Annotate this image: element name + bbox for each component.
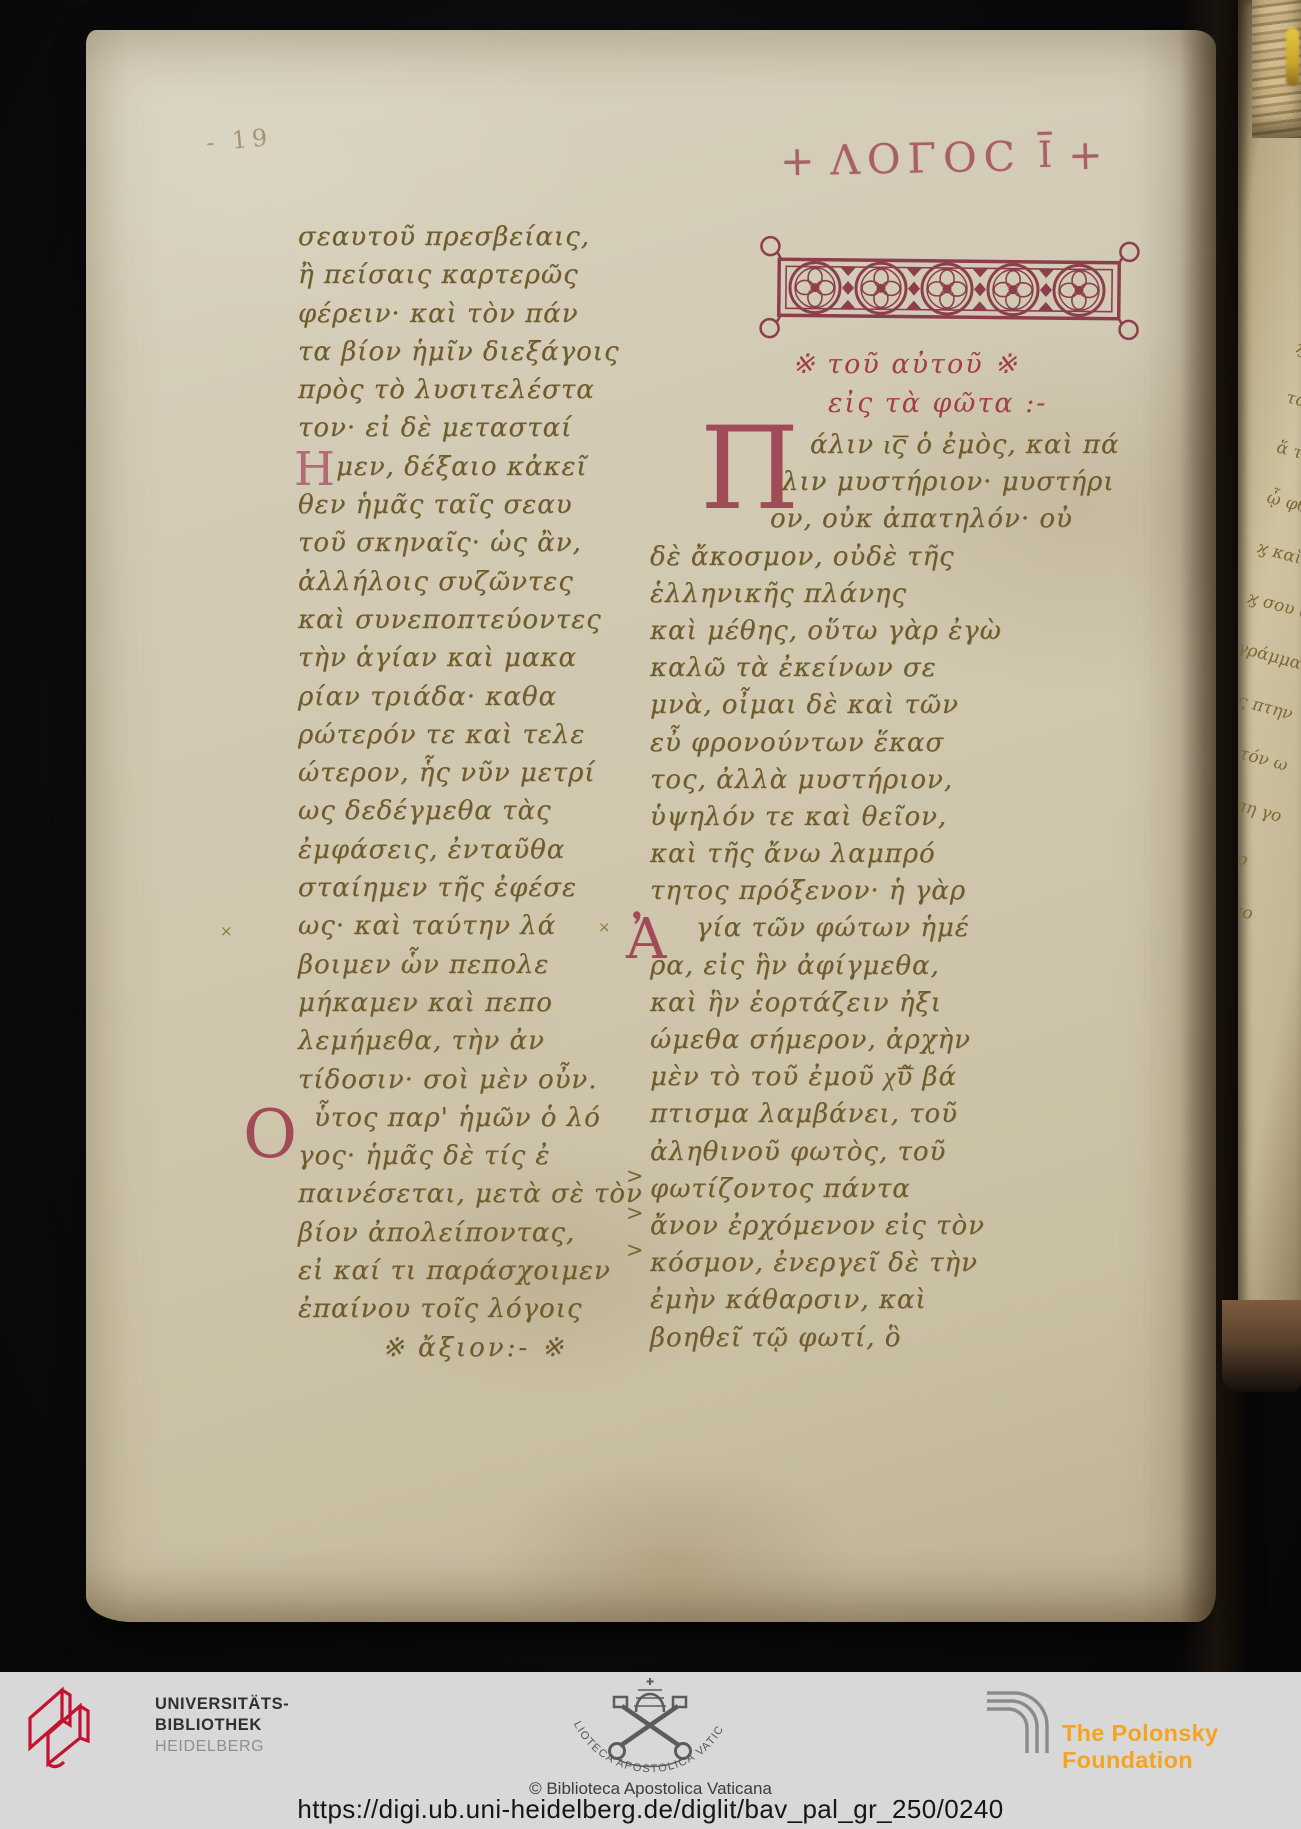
- margin-cross-mark: ×: [598, 918, 611, 936]
- manuscript-text-line: καλῶ τὰ ἐκείνων σε: [650, 653, 1090, 690]
- initial-omicron: Ο: [243, 1102, 297, 1168]
- manuscript-text-line: καὶ συνεποπτεύοντες: [298, 605, 638, 643]
- left-text-column: σεαυτοῦ πρεσβείαις,ἢ πείσαις καρτερῶςφέρ…: [298, 222, 638, 1371]
- manuscript-text-line: μὲν τὸ τοῦ ἐμοῦ χ͞ῦ βά: [650, 1062, 1090, 1099]
- manuscript-text-line: παινέσεται, μετὰ σὲ τὸν: [298, 1179, 638, 1217]
- manuscript-text-line: ώμεθα σήμερον, ἀρχὴν: [650, 1025, 1090, 1062]
- polonsky-foundation-label: The Polonsky Foundation: [1062, 1720, 1301, 1774]
- diple-mark: >: [626, 1238, 644, 1275]
- manuscript-text-line: άλιν ι͞ς ὁ ἐμὸς, καὶ πά: [650, 430, 1090, 467]
- ub-line2: BIBLIOTHEK: [155, 1715, 289, 1736]
- manuscript-text-line: ως· καὶ ταύτην λά: [298, 911, 638, 949]
- ub-heidelberg-books-icon: [20, 1686, 140, 1772]
- manuscript-text-line: μεν, δέξαιο κἀκεῖ: [298, 452, 638, 490]
- heading-numeral: Ι: [1037, 132, 1052, 176]
- manuscript-text-line: ※ ἄξιον:- ※: [298, 1333, 638, 1371]
- digitized-manuscript-photo: - 19 + ΛΟΓΟϹ Ι +: [0, 0, 1301, 1829]
- polonsky-arcs-icon: [985, 1687, 1059, 1755]
- manuscript-text-line: πτισμα λαμβάνει, τοῦ: [650, 1099, 1090, 1136]
- ub-line1: UNIVERSITÄTS-: [155, 1694, 289, 1715]
- manuscript-text-line: ὑψηλόν τε καὶ θεῖον,: [650, 802, 1090, 839]
- gutter-shadow: [1180, 0, 1246, 1672]
- manuscript-text-line: ἐμὴν κάθαρσιν, καὶ: [650, 1285, 1090, 1322]
- manuscript-text-line: τον· εἰ δὲ μετασταί: [298, 413, 638, 451]
- manuscript-text-line: ἀλλήλοις συζῶντες: [298, 567, 638, 605]
- manuscript-text-line: βοηθεῖ τῷ φωτί, ὃ: [650, 1323, 1090, 1360]
- next-folio-text: πτω σἦσανπαρρησι ατ. ϗωπ ασ ϗϗ ζήτω καὶτ…: [1238, 72, 1301, 1217]
- folio-corner-mark: - 19: [205, 123, 273, 157]
- manuscript-text-line: δὲ ἄκοσμον, οὐδὲ τῆς: [650, 542, 1090, 579]
- manuscript-text-line: τος, ἀλλὰ μυστήριον,: [650, 765, 1090, 802]
- manuscript-text-line: ἀληθινοῦ φωτὸς, τοῦ: [650, 1137, 1090, 1174]
- manuscript-text-line: ως δεδέγμεθα τὰς: [298, 796, 638, 834]
- manuscript-text-line: τα βίον ἡμῖν διεξάγοις: [298, 337, 638, 375]
- binding-tail-edge: [1222, 1300, 1301, 1392]
- manuscript-text-line: φέρειν· καὶ τὸν πάν: [298, 299, 638, 337]
- manuscript-text-line: θεν ἡμᾶς ταῖς σεαυ: [298, 490, 638, 528]
- vatican-library-emblem: BIBLIOTECA APOSTOLICA VATICANA: [565, 1676, 735, 1780]
- manuscript-text-line: ρα, εἰς ἣν ἀφίγμεθα,: [650, 951, 1090, 988]
- manuscript-text-line: ὗτος παρ' ἡμῶν ὁ λό: [298, 1103, 638, 1141]
- ub-line3: HEIDELBERG: [155, 1736, 289, 1757]
- rubric-title: εἰς τὰ φῶτα :-: [828, 388, 1047, 419]
- manuscript-text-line: φωτίζοντος πάντα: [650, 1174, 1090, 1211]
- manuscript-text-line: ρίαν τριάδα· καθα: [298, 682, 638, 720]
- footer-bar: UNIVERSITÄTS- BIBLIOTHEK HEIDELBERG BIBL…: [0, 1672, 1301, 1829]
- manuscript-text-line: ἄνον ἐρχόμενον εἰς τὸν: [650, 1211, 1090, 1248]
- manuscript-text-line: ον, οὐκ ἀπατηλόν· οὐ: [650, 504, 1090, 541]
- ornamental-headpiece: [756, 231, 1142, 347]
- manuscript-text-line: καὶ τῆς ἄνω λαμπρό: [650, 839, 1090, 876]
- manuscript-text-line: ἐπαίνου τοῖς λόγοις: [298, 1294, 638, 1332]
- manuscript-text-line: τοῦ σκηναῖς· ὡς ἂν,: [298, 528, 638, 566]
- manuscript-text-line: σεαυτοῦ πρεσβείαις,: [298, 222, 638, 260]
- manuscript-text-line: μήκαμεν καὶ πεπο: [298, 988, 638, 1026]
- manuscript-text-line: εὖ φρονούντων ἕκασ: [650, 728, 1090, 765]
- heading-cross-right: +: [1068, 131, 1103, 180]
- source-url: https://digi.ub.uni-heidelberg.de/diglit…: [0, 1794, 1301, 1825]
- manuscript-text-line: τητος πρόξενον· ἡ γὰρ: [650, 876, 1090, 913]
- manuscript-text-line: γος· ἡμᾶς δὲ τίς ἐ: [298, 1141, 638, 1179]
- manuscript-text-line: μνὰ, οἶμαι δὲ καὶ τῶν: [650, 690, 1090, 727]
- next-folio-edge: πτω σἦσανπαρρησι ατ. ϗωπ ασ ϗϗ ζήτω καὶτ…: [1238, 0, 1301, 1320]
- manuscript-text-line: πρὸς τὸ λυσιτελέστα: [298, 375, 638, 413]
- ub-heidelberg-wordmark: UNIVERSITÄTS- BIBLIOTHEK HEIDELBERG: [155, 1694, 289, 1757]
- margin-diple-marks: >>>: [626, 1164, 644, 1276]
- right-text-column: άλιν ι͞ς ὁ ἐμὸς, καὶ πάλιν μυστήριον· μυ…: [650, 430, 1090, 1360]
- manuscript-text-line: ἐμφάσεις, ἐνταῦθα: [298, 835, 638, 873]
- diple-mark: >: [626, 1164, 644, 1201]
- manuscript-text-line: σταίημεν τῆς ἐφέσε: [298, 873, 638, 911]
- manuscript-text-line: κόσμον, ἐνεργεῖ δὲ τὴν: [650, 1248, 1090, 1285]
- manuscript-text-line: λιν μυστήριον· μυστήρι: [650, 467, 1090, 504]
- manuscript-text-line: εἰ καί τι παράσχοιμεν: [298, 1256, 638, 1294]
- manuscript-text-line: βίον ἀπολείποντας,: [298, 1218, 638, 1256]
- manuscript-text-line: ρώτερόν τε καὶ τελε: [298, 720, 638, 758]
- diple-mark: >: [626, 1201, 644, 1238]
- rubric-author: ※ τοῦ αὐτοῦ ※: [792, 349, 1019, 380]
- manuscript-text-line: τὴν ἁγίαν καὶ μακα: [298, 643, 638, 681]
- heading-cross-left: +: [780, 137, 815, 186]
- manuscript-text-line: καὶ ἣν ἑορτάζειν ἠξι: [650, 988, 1090, 1025]
- manuscript-text-line: ἢ πείσαις καρτερῶς: [298, 260, 638, 298]
- margin-cross-mark: ×: [220, 922, 233, 940]
- heading-word: ΛΟΓΟϹ: [830, 132, 1023, 184]
- manuscript-text-line: τίδοσιν· σοὶ μὲν οὖν.: [298, 1065, 638, 1103]
- manuscript-text-line: γία τῶν φώτων ἡμέ: [650, 913, 1090, 950]
- manuscript-text-line: βοιμεν ὧν πεπολε: [298, 950, 638, 988]
- chapter-heading: + ΛΟΓΟϹ Ι +: [780, 131, 1104, 186]
- manuscript-text-line: ώτερον, ἧς νῦν μετρί: [298, 758, 638, 796]
- manuscript-text-line: ἑλληνικῆς πλάνης: [650, 579, 1090, 616]
- gilt-edge-glint: [1286, 28, 1299, 86]
- manuscript-text-line: καὶ μέθης, οὕτω γὰρ ἐγὼ: [650, 616, 1090, 653]
- manuscript-text-line: λεμήμεθα, τὴν ἀν: [298, 1026, 638, 1064]
